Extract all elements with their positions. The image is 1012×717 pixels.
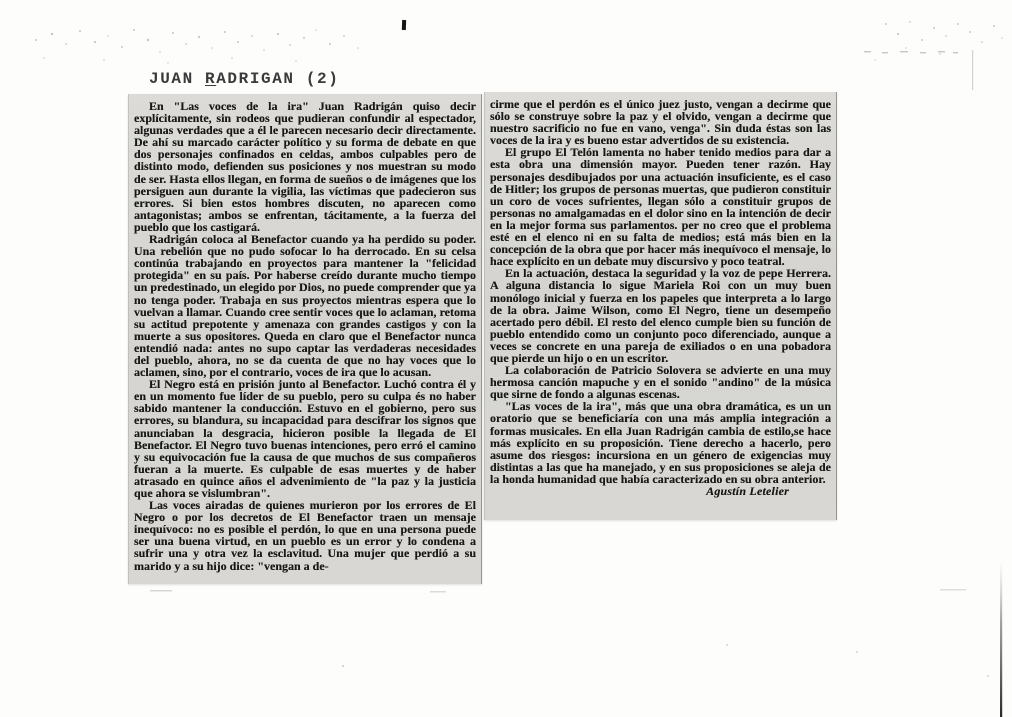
page-title-underlined-letter: R	[205, 70, 216, 88]
article-paragraph-text: "Las voces de la ira", más que una obra …	[490, 399, 831, 486]
article-paragraph-continuation: cirme que el perdón es el único juez jus…	[490, 98, 831, 146]
article-paragraph: Radrigán coloca al Benefactor cuando ya …	[134, 233, 476, 378]
article-paragraph: Las voces airadas de quienes murieron po…	[134, 499, 476, 572]
article-paragraph: "Las voces de la ira", más que una obra …	[490, 400, 831, 485]
byline-author: Agustín Letelier	[691, 485, 789, 497]
article-paragraph: La colaboración de Patricio Solovera se …	[490, 364, 831, 400]
article-paragraph: El Negro está en prisión junto al Benefa…	[134, 378, 476, 499]
article-paragraph: En "Las voces de la ira" Juan Radrigán q…	[134, 100, 476, 233]
newspaper-clipping-right-column: cirme que el perdón es el único juez jus…	[484, 92, 837, 520]
scanned-document-page: JUAN RADRIGAN (2) En "Las voces de la ir…	[0, 0, 1012, 717]
article-paragraph: En la actuación, destaca la seguridad y …	[490, 267, 831, 364]
page-title-pre: JUAN	[149, 70, 205, 88]
page-title-rest: ADRIGAN (2)	[216, 70, 339, 88]
newspaper-clipping-left-column: En "Las voces de la ira" Juan Radrigán q…	[128, 94, 482, 584]
page-title: JUAN RADRIGAN (2)	[149, 70, 339, 88]
article-paragraph: El grupo El Telón lamenta no haber tenid…	[490, 146, 831, 267]
